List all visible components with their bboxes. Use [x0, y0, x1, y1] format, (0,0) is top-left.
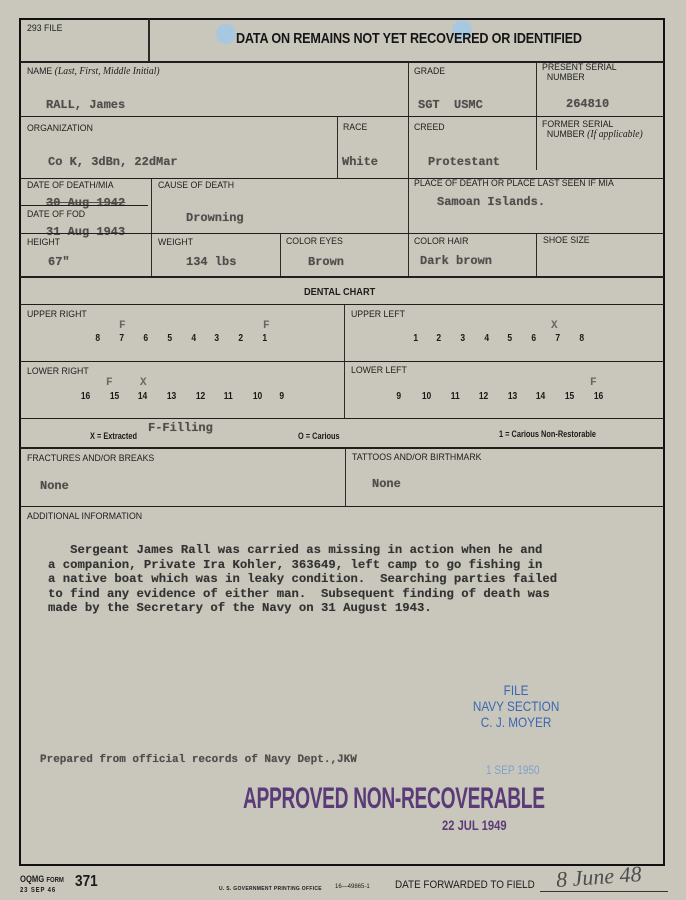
tooth-ll-13: 13	[508, 391, 517, 402]
divider	[148, 19, 150, 61]
upper-left-label: UPPER LEFT	[351, 309, 405, 320]
approved-date-stamp: 22 JUL 1949	[442, 817, 507, 833]
tattoos-label: TATTOOS AND/OR BIRTHMARK	[352, 452, 482, 463]
tooth-ul-2: 2	[436, 333, 441, 344]
tooth-ul-3: 3	[460, 333, 465, 344]
color-eyes-value: Brown	[308, 255, 344, 269]
approved-stamp: APPROVED NON-RECOVERABLE	[243, 782, 545, 816]
divider	[408, 117, 409, 277]
tooth-ur-6: 6	[143, 333, 148, 344]
legend-extracted: X = Extracted	[90, 431, 137, 441]
tooth-ll-10: 10	[422, 391, 431, 402]
divider	[20, 361, 664, 362]
sep-date-stamp: 1 SEP 1950	[486, 762, 540, 778]
additional-info-label: ADDITIONAL INFORMATION	[27, 511, 142, 522]
color-hair-label: COLOR HAIR	[414, 236, 468, 247]
divider	[20, 418, 664, 419]
divider	[20, 506, 664, 507]
divider	[20, 116, 664, 117]
lower-left-label: LOWER LEFT	[351, 365, 407, 376]
divider	[20, 276, 664, 278]
file-navy-section-stamp: FILE NAVY SECTION C. J. MOYER	[464, 682, 568, 730]
tattoos-value: None	[372, 477, 401, 491]
tooth-lr-15: 15	[110, 391, 119, 402]
form-org: OQMG FORM 23 SEP 46	[20, 875, 64, 895]
legend-carious: O = Carious	[298, 431, 340, 441]
printer-code: 16—49865-1	[335, 884, 370, 890]
tooth-ul-8: 8	[579, 333, 584, 344]
tooth-ul-1: 1	[413, 333, 418, 344]
tooth-ur-8: 8	[95, 333, 100, 344]
date-forwarded-label: DATE FORWARDED TO FIELD	[395, 879, 535, 891]
divider	[408, 62, 409, 116]
form-number: 371	[75, 873, 98, 891]
place-of-death-value: Samoan Islands.	[437, 195, 545, 209]
weight-value: 134 lbs	[186, 255, 236, 269]
tooth-ll-9: 9	[396, 391, 401, 402]
date-of-death-value: 30 Aug 1942	[46, 196, 125, 210]
lower-right-label: LOWER RIGHT	[27, 366, 89, 377]
filling-mark: F	[119, 320, 126, 332]
date-of-death-label: DATE OF DEATH/MIA	[27, 180, 114, 191]
former-serial-label: FORMER SERIAL NUMBER (If applicable)	[542, 120, 643, 140]
race-value: White	[342, 155, 378, 169]
grade-value: SGT USMC	[418, 98, 483, 112]
present-serial-label: PRESENT SERIAL NUMBER	[542, 63, 617, 83]
legend-non-restorable: 1 = Carious Non-Restorable	[499, 429, 596, 439]
tooth-lr-10: 10	[253, 391, 262, 402]
grade-label: GRADE	[414, 66, 445, 77]
extracted-mark: X	[551, 320, 558, 332]
tooth-lr-12: 12	[196, 391, 205, 402]
divider	[20, 205, 148, 206]
filling-mark: F	[106, 377, 113, 389]
filling-mark: F	[590, 377, 597, 389]
creed-value: Protestant	[428, 155, 500, 169]
color-hair-value: Dark brown	[420, 254, 492, 268]
legend-filling: F-Filling	[148, 421, 213, 435]
tooth-ul-4: 4	[484, 333, 489, 344]
tooth-ur-1: 1	[262, 333, 267, 344]
tooth-lr-16: 16	[81, 391, 90, 402]
shoe-size-label: SHOE SIZE	[543, 235, 590, 246]
filling-mark: F	[263, 320, 270, 332]
divider	[151, 179, 152, 277]
divider	[536, 234, 537, 277]
tooth-ll-14: 14	[536, 391, 545, 402]
tooth-ll-15: 15	[565, 391, 574, 402]
dental-chart-title: DENTAL CHART	[304, 287, 375, 298]
divider	[337, 117, 338, 179]
tooth-lr-9: 9	[279, 391, 284, 402]
additional-info-text: Sergeant James Rall was carried as missi…	[48, 543, 668, 616]
file-label: 293 FILE	[27, 23, 62, 34]
fractures-label: FRACTURES AND/OR BREAKS	[27, 453, 154, 464]
upper-right-label: UPPER RIGHT	[27, 309, 87, 320]
color-eyes-label: COLOR EYES	[286, 236, 343, 247]
cause-of-death-value: Drowning	[186, 211, 244, 225]
tooth-lr-11: 11	[224, 391, 233, 402]
name-value: RALL, James	[46, 98, 125, 112]
form-title: DATA ON REMAINS NOT YET RECOVERED OR IDE…	[236, 30, 582, 47]
present-serial-value: 264810	[566, 97, 609, 111]
tooth-lr-13: 13	[167, 391, 176, 402]
place-of-death-label: PLACE OF DEATH OR PLACE LAST SEEN IF MIA	[414, 178, 614, 189]
tooth-ll-12: 12	[479, 391, 488, 402]
tooth-ll-16: 16	[594, 391, 603, 402]
prepared-note: Prepared from official records of Navy D…	[40, 754, 357, 766]
tooth-lr-14: 14	[138, 391, 147, 402]
organization-label: ORGANIZATION	[27, 123, 93, 134]
divider	[20, 233, 664, 234]
tooth-ur-2: 2	[238, 333, 243, 344]
tooth-ul-7: 7	[555, 333, 560, 344]
tooth-ul-6: 6	[531, 333, 536, 344]
height-label: HEIGHT	[27, 237, 60, 248]
fractures-value: None	[40, 479, 69, 493]
tooth-ur-4: 4	[191, 333, 196, 344]
creed-label: CREED	[414, 122, 445, 133]
tooth-ur-7: 7	[119, 333, 124, 344]
extracted-mark: X	[140, 377, 147, 389]
race-label: RACE	[343, 122, 367, 133]
date-forwarded-value: 8 June 48	[555, 861, 642, 893]
organization-value: Co K, 3dBn, 22dMar	[48, 155, 178, 169]
name-label: NAME (Last, First, Middle Initial)	[27, 66, 160, 77]
height-value: 67"	[48, 255, 70, 269]
weight-label: WEIGHT	[158, 237, 193, 248]
tooth-ll-11: 11	[451, 391, 460, 402]
tooth-ur-3: 3	[214, 333, 219, 344]
divider	[280, 234, 281, 277]
form-border	[19, 18, 665, 866]
divider	[20, 447, 664, 449]
tooth-ul-5: 5	[507, 333, 512, 344]
divider	[345, 448, 346, 506]
tooth-ur-5: 5	[167, 333, 172, 344]
date-of-fod-label: DATE OF FOD	[27, 209, 85, 220]
divider	[20, 304, 664, 305]
printer-text: U. S. GOVERNMENT PRINTING OFFICE	[219, 886, 322, 892]
cause-of-death-label: CAUSE OF DEATH	[158, 180, 234, 191]
